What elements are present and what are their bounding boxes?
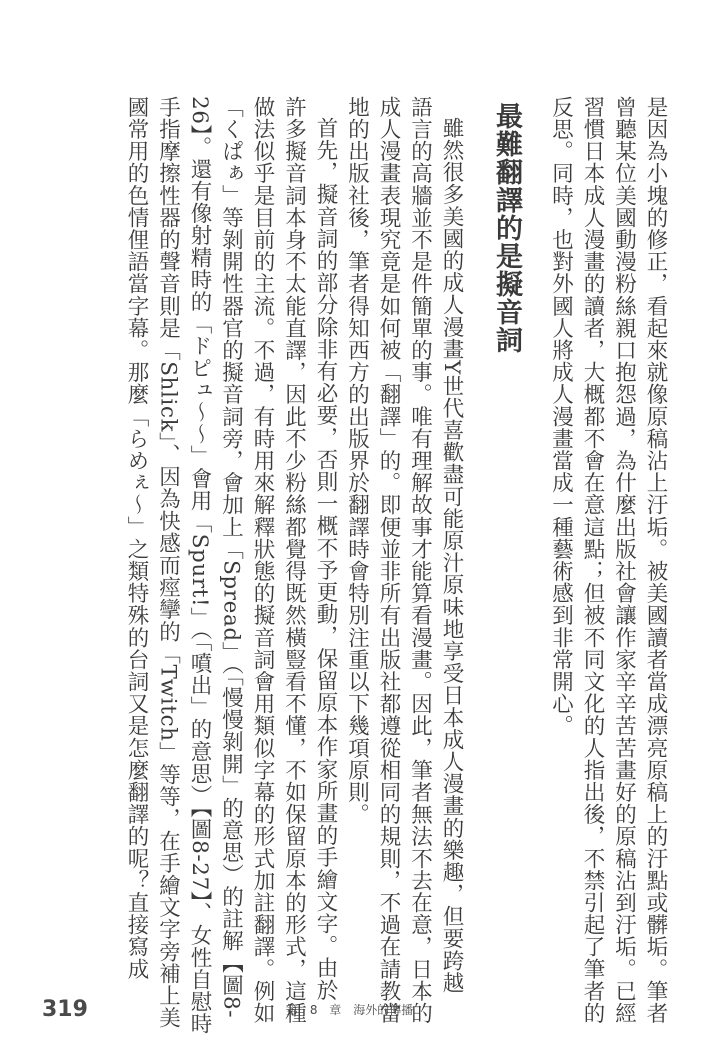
- book-page: 是因為小塊的修正，看起來就像原稿沾上汙垢。被美國讀者當成漂亮原稿上的汙點或髒垢。…: [0, 0, 709, 1050]
- section-gap: [537, 96, 545, 986]
- text-column: 首先，擬音詞的部分除非有必要，否則一概不予更動，保留原本作家所畫的手繪文字。由於: [310, 96, 342, 986]
- text-column: 國常用的色情俚語當字幕。那麼「らめぇ〜」之類特殊的台詞又是怎麼翻譯的呢？直接寫成: [121, 96, 153, 986]
- text-column: 雖然很多美國的成人漫畫Y世代喜歡盡可能原汁原味地享受日本成人漫畫的樂趣，但要跨越: [436, 96, 468, 986]
- section-gap: [467, 96, 475, 986]
- section-heading: 最難翻譯的是擬音詞: [475, 96, 537, 986]
- text-column: 手指摩擦性器的聲音則是「Shlick」、因為快感而痙攣的「Twitch」等等，在…: [152, 96, 184, 986]
- running-footer: 第 8 章 海外的傳播: [286, 1001, 413, 1018]
- text-column: 語言的高牆並不是件簡單的事。唯有理解故事才能算看漫畫。因此，筆者無法不去在意，日…: [404, 96, 436, 986]
- text-column: 是因為小塊的修正，看起來就像原稿沾上汙垢。被美國讀者當成漂亮原稿上的汙點或髒垢。…: [640, 96, 672, 986]
- text-column: 曾聽某位美國動漫粉絲親口抱怨過，為什麼出版社會讓作家辛辛苦苦畫好的原稿沾到汙垢。…: [608, 96, 640, 986]
- text-column: 許多擬音詞本身不太能直譯，因此不少粉絲都覺得既然橫豎看不懂，不如保留原本的形式，…: [278, 96, 310, 986]
- text-column: 成人漫畫表現究竟是如何被「翻譯」的。即便並非所有出版社都遵從相同的規則，不過在請…: [373, 96, 405, 986]
- vertical-body-text: 是因為小塊的修正，看起來就像原稿沾上汙垢。被美國讀者當成漂亮原稿上的汙點或髒垢。…: [121, 96, 672, 986]
- text-column: 習慣日本成人漫畫的讀者，大概都不會在意這點；但被不同文化的人指出後，不禁引起了筆…: [577, 96, 609, 986]
- text-column: 「くぱぁ」等剝開性器官的擬音詞旁，會加上「Spread」（「慢慢剝開」的意思）的…: [215, 96, 247, 986]
- page-number: 319: [42, 997, 88, 1022]
- text-column: 地的出版社後，筆者得知西方的出版界於翻譯時會特別注重以下幾項原則。: [341, 96, 373, 986]
- text-column: 26】。還有像射精時的「ドピュ〜〜」會用「Spurt!」（「噴出」的意思）【圖8…: [184, 96, 216, 986]
- text-column: 反思。同時，也對外國人將成人漫畫當成一種藝術感到非常開心。: [545, 96, 577, 986]
- text-column: 做法似乎是目前的主流。不過，有時用來解釋狀態的擬音詞會用類似字幕的形式加註翻譯。…: [247, 96, 279, 986]
